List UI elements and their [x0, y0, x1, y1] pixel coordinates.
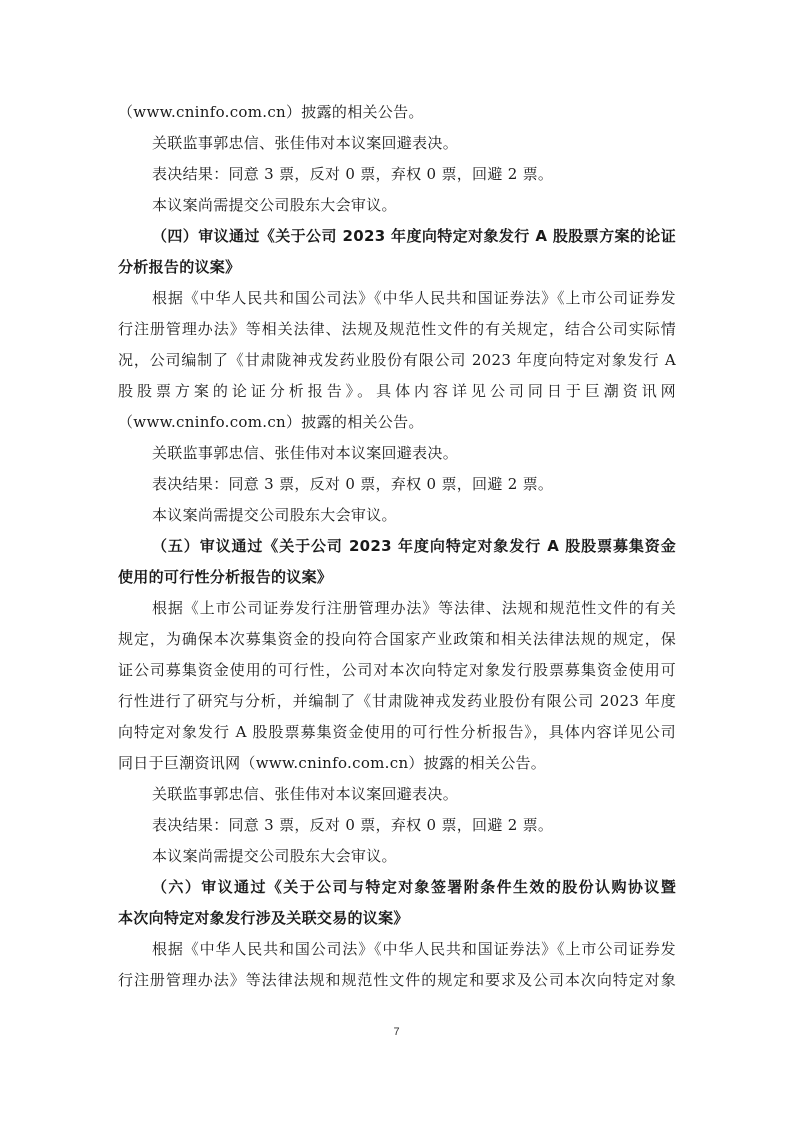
paragraph-line: 表决结果：同意 3 票，反对 0 票，弃权 0 票，回避 2 票。 — [118, 469, 676, 500]
paragraph-line: 根据《中华人民共和国公司法》《中华人民共和国证券法》《上市公司证券发 — [118, 283, 676, 314]
paragraph-line: 关联监事郭忠信、张佳伟对本议案回避表决。 — [118, 779, 676, 810]
paragraph-line: 行性进行了研究与分析，并编制了《甘肃陇神戎发药业股份有限公司 2023 年度 — [118, 686, 676, 717]
section-heading-line: 本次向特定对象发行涉及关联交易的议案》 — [118, 903, 676, 934]
paragraph-line: 股股票方案的论证分析报告》。具体内容详见公司同日于巨潮资讯网 — [118, 376, 676, 407]
paragraph-line: （www.cninfo.com.cn）披露的相关公告。 — [118, 97, 676, 128]
paragraph-line: 根据《上市公司证券发行注册管理办法》等法律、法规和规范性文件的有关 — [118, 593, 676, 624]
paragraph-line: 关联监事郭忠信、张佳伟对本议案回避表决。 — [118, 438, 676, 469]
paragraph-line: 规定，为确保本次募集资金的投向符合国家产业政策和相关法律法规的规定，保 — [118, 624, 676, 655]
section-heading-line: （四）审议通过《关于公司 2023 年度向特定对象发行 A 股股票方案的论证 — [118, 221, 676, 252]
section-heading-line: 使用的可行性分析报告的议案》 — [118, 562, 676, 593]
paragraph-line: 关联监事郭忠信、张佳伟对本议案回避表决。 — [118, 128, 676, 159]
paragraph-line: 本议案尚需提交公司股东大会审议。 — [118, 190, 676, 221]
paragraph-line: 同日于巨潮资讯网（www.cninfo.com.cn）披露的相关公告。 — [118, 748, 676, 779]
paragraph-line: 本议案尚需提交公司股东大会审议。 — [118, 841, 676, 872]
document-body: （www.cninfo.com.cn）披露的相关公告。关联监事郭忠信、张佳伟对本… — [118, 97, 676, 996]
paragraph-line: 向特定对象发行 A 股股票募集资金使用的可行性分析报告》，具体内容详见公司 — [118, 717, 676, 748]
paragraph-line: 表决结果：同意 3 票，反对 0 票，弃权 0 票，回避 2 票。 — [118, 810, 676, 841]
paragraph-line: 本议案尚需提交公司股东大会审议。 — [118, 500, 676, 531]
section-heading-line: 分析报告的议案》 — [118, 252, 676, 283]
paragraph-line: 行注册管理办法》等法律法规和规范性文件的规定和要求及公司本次向特定对象 — [118, 965, 676, 996]
section-heading-line: （五）审议通过《关于公司 2023 年度向特定对象发行 A 股股票募集资金 — [118, 531, 676, 562]
paragraph-line: （www.cninfo.com.cn）披露的相关公告。 — [118, 407, 676, 438]
paragraph-line: 证公司募集资金使用的可行性，公司对本次向特定对象发行股票募集资金使用可 — [118, 655, 676, 686]
page-number: 7 — [0, 1026, 793, 1038]
paragraph-line: 行注册管理办法》等相关法律、法规及规范性文件的有关规定，结合公司实际情 — [118, 314, 676, 345]
paragraph-line: 根据《中华人民共和国公司法》《中华人民共和国证券法》《上市公司证券发 — [118, 934, 676, 965]
paragraph-line: 表决结果：同意 3 票，反对 0 票，弃权 0 票，回避 2 票。 — [118, 159, 676, 190]
paragraph-line: 况，公司编制了《甘肃陇神戎发药业股份有限公司 2023 年度向特定对象发行 A — [118, 345, 676, 376]
section-heading-line: （六）审议通过《关于公司与特定对象签署附条件生效的股份认购协议暨 — [118, 872, 676, 903]
